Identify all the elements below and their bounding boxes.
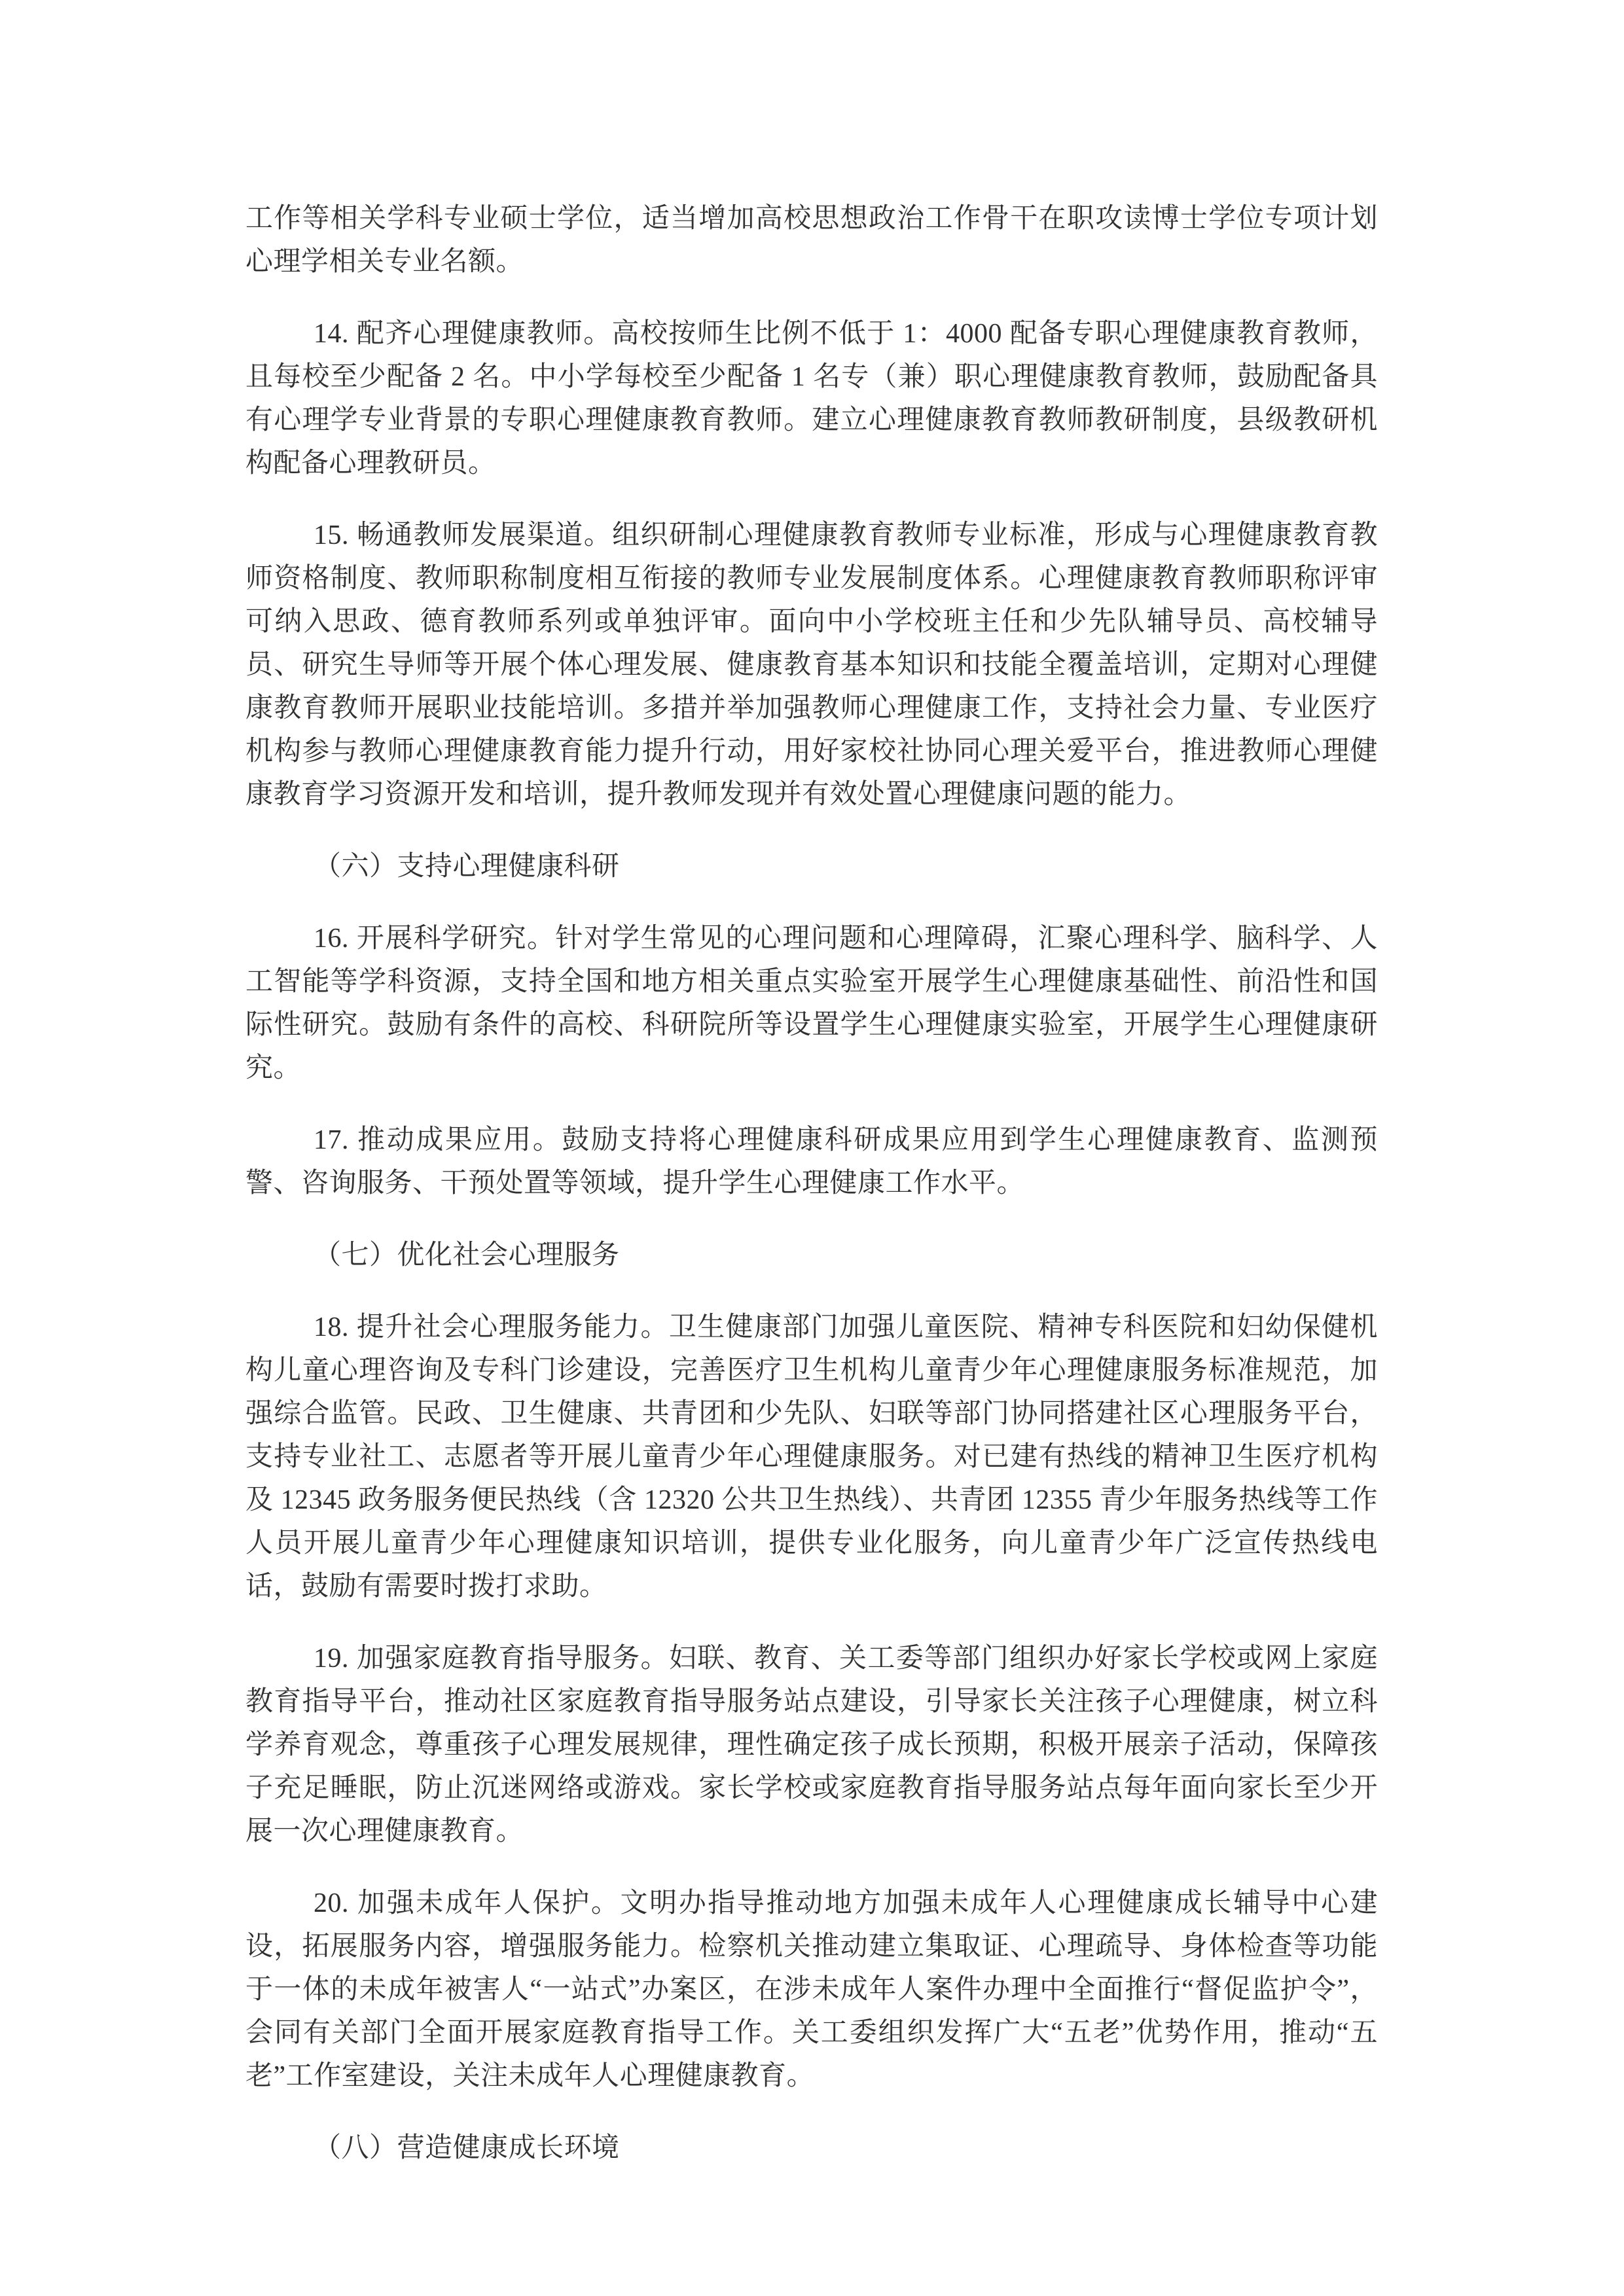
document-body: 工作等相关学科专业硕士学位，适当增加高校思想政治工作骨干在职攻读博士学位专项计划… bbox=[245, 197, 1378, 2170]
paragraph-item-16: 16. 开展科学研究。针对学生常见的心理问题和心理障碍，汇聚心理科学、脑科学、人… bbox=[245, 917, 1378, 1090]
document-page: 工作等相关学科专业硕士学位，适当增加高校思想政治工作骨干在职攻读博士学位专项计划… bbox=[0, 0, 1624, 2296]
paragraph-item-14: 14. 配齐心理健康教师。高校按师生比例不低于 1：4000 配备专职心理健康教… bbox=[245, 312, 1378, 485]
paragraph-item-20: 20. 加强未成年人保护。文明办指导推动地方加强未成年人心理健康成长辅导中心建设… bbox=[245, 1882, 1378, 2098]
paragraph-item-19: 19. 加强家庭教育指导服务。妇联、教育、关工委等部门组织办好家长学校或网上家庭… bbox=[245, 1637, 1378, 1853]
paragraph-item-15: 15. 畅通教师发展渠道。组织研制心理健康教育教师专业标准，形成与心理健康教育教… bbox=[245, 514, 1378, 816]
paragraph-item-18: 18. 提升社会心理服务能力。卫生健康部门加强儿童医院、精神专科医院和妇幼保健机… bbox=[245, 1306, 1378, 1608]
section-heading-8: （八）营造健康成长环境 bbox=[245, 2126, 1378, 2170]
paragraph-continuation: 工作等相关学科专业硕士学位，适当增加高校思想政治工作骨干在职攻读博士学位专项计划… bbox=[245, 197, 1378, 283]
section-heading-7: （七）优化社会心理服务 bbox=[245, 1234, 1378, 1277]
paragraph-item-17: 17. 推动成果应用。鼓励支持将心理健康科研成果应用到学生心理健康教育、监测预警… bbox=[245, 1119, 1378, 1205]
section-heading-6: （六）支持心理健康科研 bbox=[245, 845, 1378, 888]
